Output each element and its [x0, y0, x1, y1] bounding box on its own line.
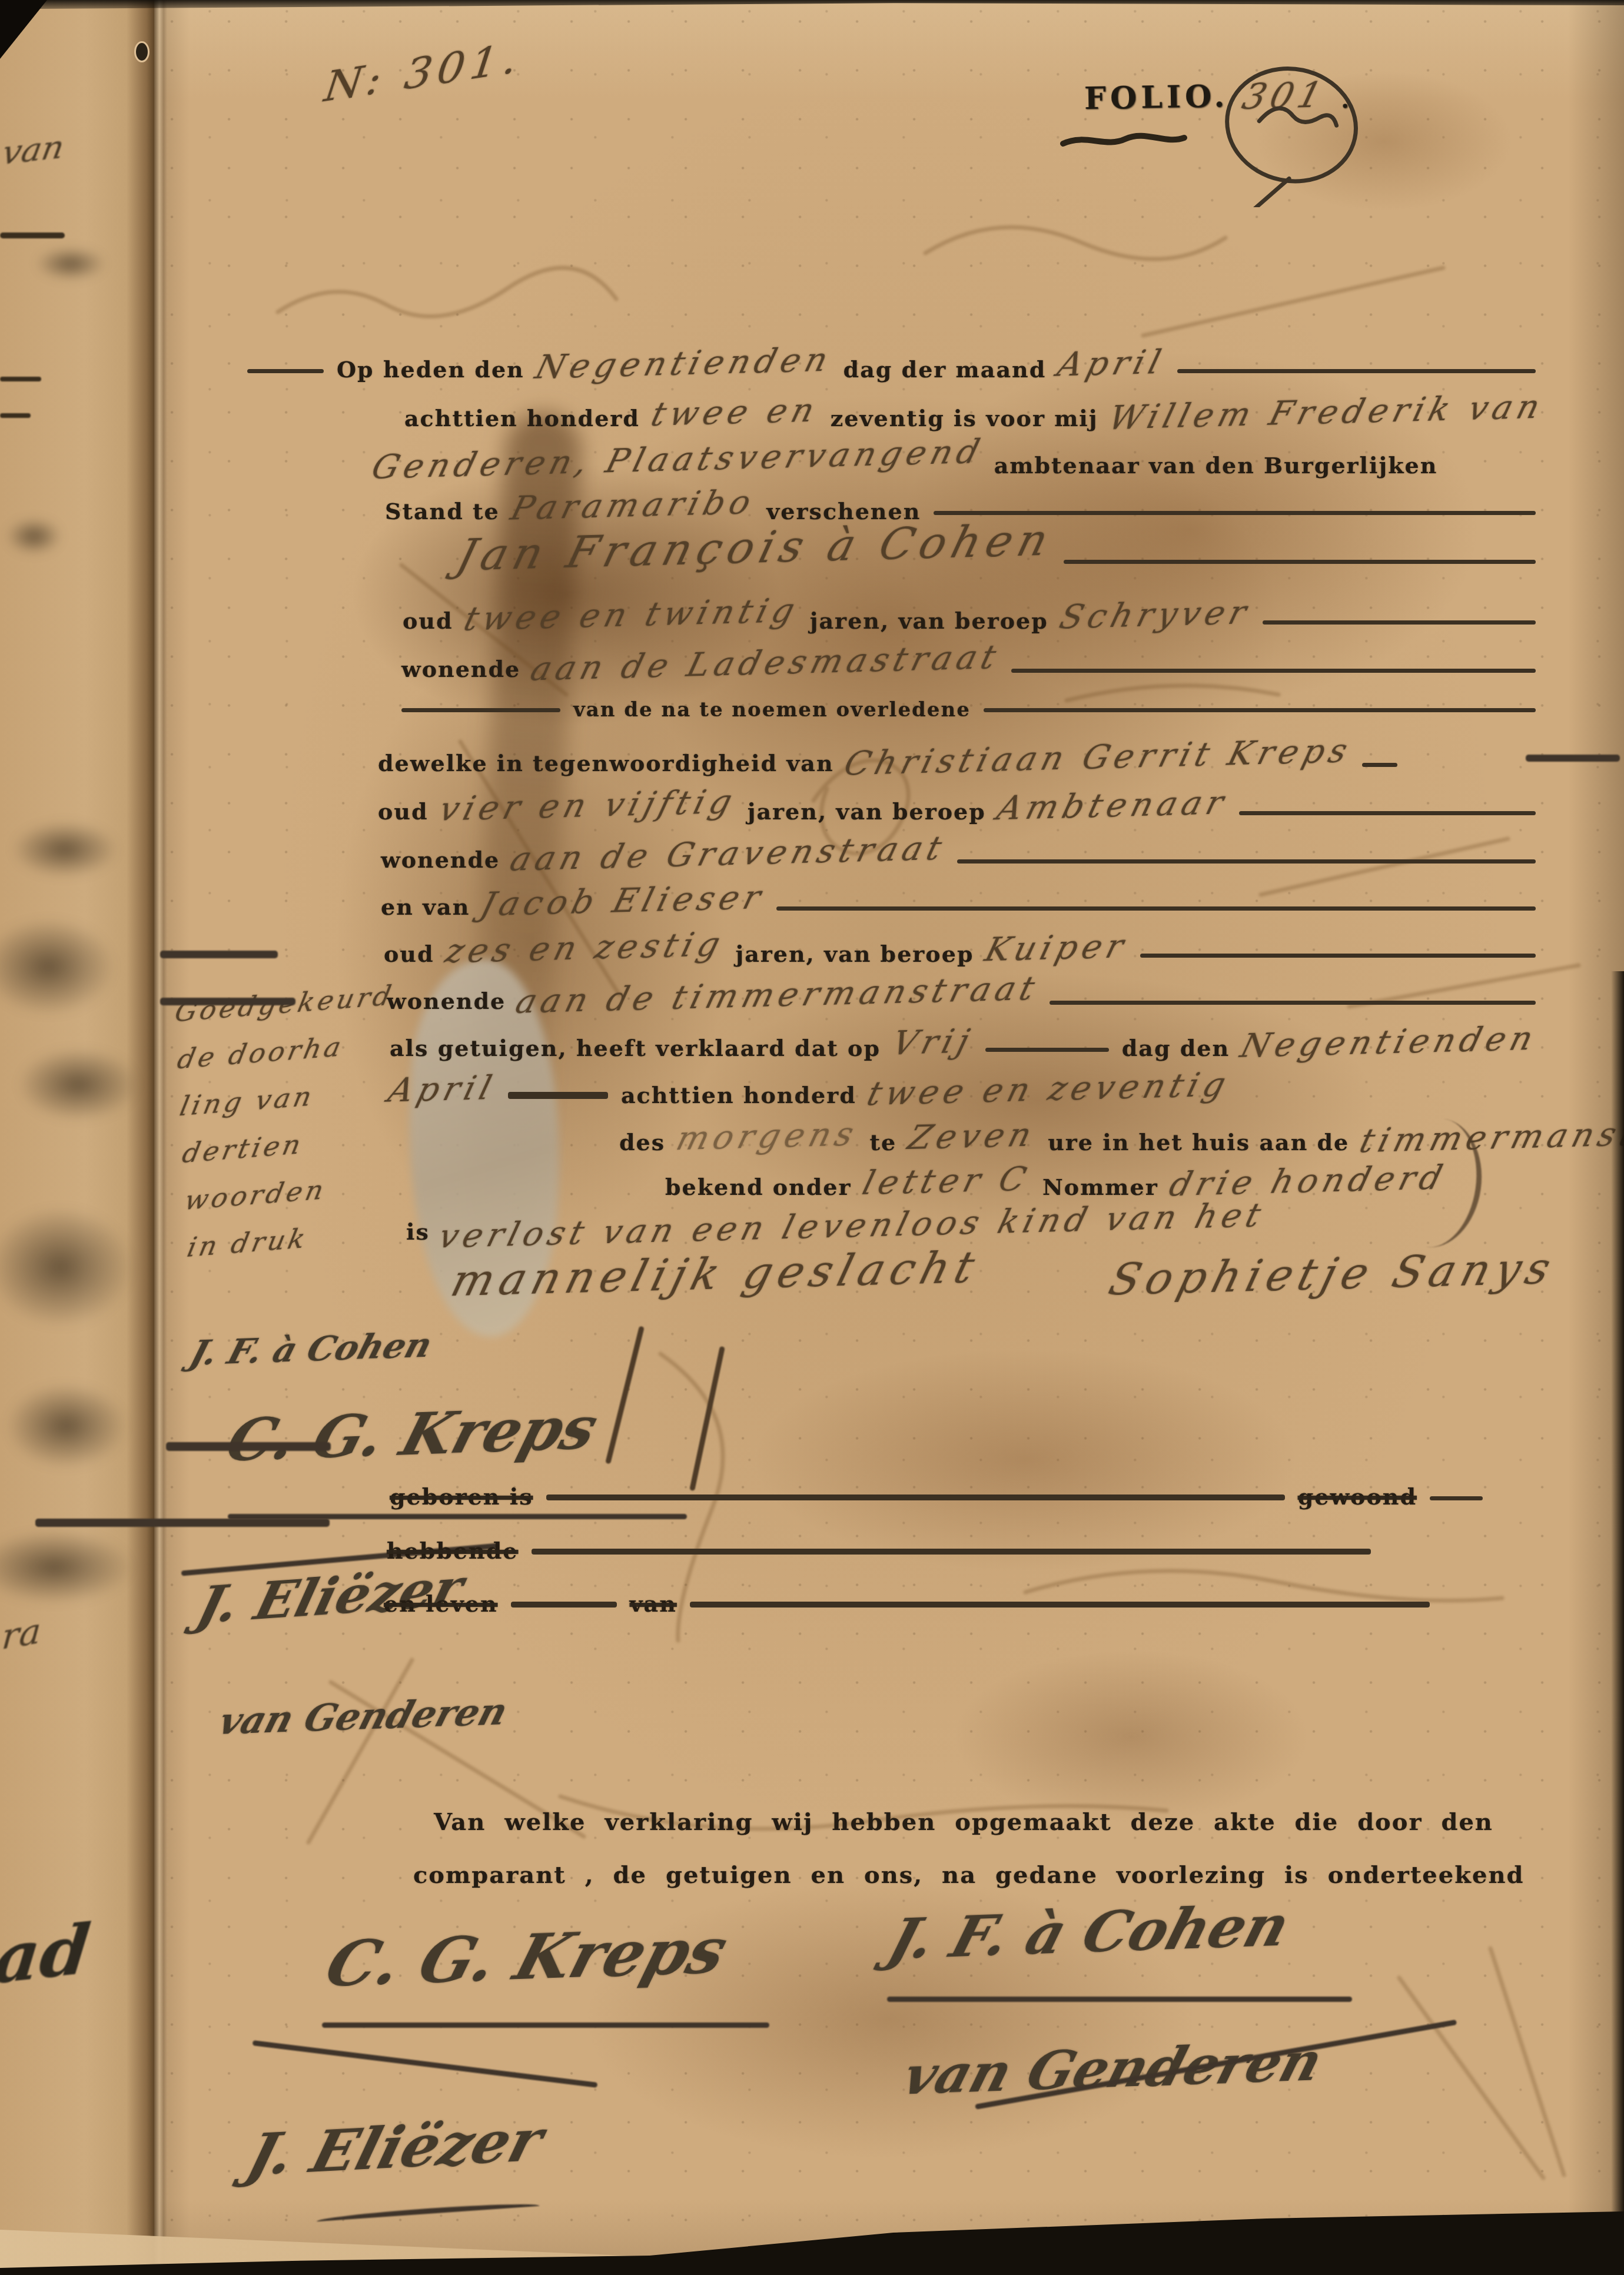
ink-rule [1011, 669, 1536, 673]
handwritten-entry: Negentienden [1237, 1019, 1542, 1065]
printed-text: oud [384, 941, 434, 967]
printed-text-struck: en leven [384, 1590, 498, 1617]
margin-approval-note: Goedgekeurd de doorha ling van dertien w… [175, 982, 407, 1276]
form-line: Jan François à Cohen [460, 523, 1536, 573]
printed-text: als getuigen, heeft verklaard dat op [390, 1035, 881, 1061]
ink-rule [984, 708, 1536, 712]
edge-text-fragment: van [0, 128, 67, 172]
form-line: mannelijk geslacht Sophietje Sanys [454, 1249, 1553, 1300]
ink-blot [6, 518, 62, 554]
margin-note-line: in druk [184, 1214, 409, 1264]
ink-rule [1177, 369, 1536, 373]
ink-rule [508, 1092, 608, 1099]
ink-rule [957, 859, 1536, 863]
form-line: oud zes en zestig jaren, van beroep Kuip… [384, 929, 1536, 967]
handwritten-entry: Kuiper [981, 927, 1133, 969]
form-line: oud twee en twintig jaren, van beroep Sc… [403, 596, 1536, 634]
ink-rule [1430, 1496, 1483, 1500]
ink-rule [1362, 763, 1397, 767]
form-line: van de na te noemen overledene [401, 698, 1536, 722]
printed-text: jaren, van beroep [810, 607, 1048, 634]
registrar-paraph-icon [1211, 54, 1370, 207]
ink-rule [1140, 954, 1536, 958]
printed-text: oud [403, 607, 453, 634]
handwritten-entry: twee en zeventig [863, 1065, 1234, 1113]
printed-text: jaren, van beroep [748, 798, 986, 825]
printed-text: jaren, van beroep [735, 941, 974, 967]
handwritten-entry: Zeven [904, 1115, 1040, 1157]
printed-text: wonende [401, 656, 520, 682]
struck-form-line: geboren is gewoond [390, 1483, 1483, 1510]
handwritten-entry: Paramaribo [507, 483, 759, 528]
ink-rule [401, 708, 560, 712]
form-line: des morgens te Zeven ure in het huis aan… [619, 1117, 1536, 1155]
form-line: als getuigen, heeft verklaard dat op Vri… [390, 1023, 1536, 1061]
handwritten-entry: aan de Ladesmastraat [527, 638, 1005, 689]
edge-text-fragment: ad [0, 1908, 94, 2000]
printed-text: van de na te noemen overledene [573, 698, 971, 722]
handwritten-witness-name: Jacob Elieser [477, 878, 769, 924]
ink-rule [690, 1602, 1430, 1608]
printed-text: achttien honderd [621, 1082, 856, 1108]
handwritten-entry: zes en zestig [441, 925, 728, 971]
handwritten-entry: Genderen, Plaatsvervangend [368, 433, 988, 487]
printed-text-struck: hebbende [387, 1537, 519, 1564]
ink-smear [35, 1519, 330, 1527]
signature-underline [887, 1997, 1352, 2002]
closing-statement-line: Van welke verklaring wij hebben opgemaak… [434, 1808, 1493, 1836]
handwritten-entry: twee en [647, 391, 823, 433]
handwritten-witness-name: Christiaan Gerrit Kreps [840, 732, 1356, 783]
margin-note-line: dertien [180, 1120, 404, 1170]
margin-note-line: de doorha [175, 1026, 400, 1075]
ink-rule [546, 1494, 1285, 1500]
form-line: bekend onder letter C Nommer drie honder… [665, 1162, 1430, 1200]
handwritten-entry: Schryver [1055, 593, 1255, 636]
divider-flourish [1060, 131, 1189, 154]
form-line: Op heden den Negentienden dag der maand … [247, 344, 1536, 383]
handwritten-entry: vier en vijftig [435, 782, 740, 828]
signature-kreps-bottom: C. G. Kreps [318, 1913, 735, 2000]
paper-hole [134, 41, 150, 62]
ink-smear [166, 1442, 331, 1451]
printed-text: dewelke in tegenwoordigheid van [378, 750, 834, 776]
handwritten-entry: Negentienden [531, 340, 836, 386]
form-line: is verlost van een levenloos kind van he… [406, 1207, 1495, 1245]
ink-smear [160, 951, 278, 958]
form-line: wonende aan de Ladesmastraat [401, 644, 1536, 682]
ink-blot [0, 918, 115, 1015]
handwritten-entry: letter C [859, 1160, 1035, 1202]
printed-text: dag den [1122, 1035, 1230, 1061]
ink-smear [0, 377, 41, 381]
ink-smear [0, 413, 31, 418]
handwritten-entry: Vrij [888, 1022, 978, 1062]
form-line: wonende aan de Gravenstraat [381, 835, 1536, 873]
ink-rule [934, 511, 1536, 515]
ink-blot [0, 1207, 132, 1327]
printed-text: oud [378, 798, 429, 825]
ink-rule [1239, 811, 1536, 815]
handwritten-entry: Willem Frederik van [1104, 387, 1548, 437]
ink-rule [511, 1602, 617, 1608]
printed-text: Op heden den [337, 356, 524, 383]
ink-blot [18, 1048, 138, 1121]
previous-page-edge: van ra ad [0, 0, 154, 2275]
handwritten-entry: aan de timmermanstraat [512, 969, 1044, 1021]
handwritten-entry: Ambtenaar [993, 783, 1232, 828]
form-line: oud vier en vijftig jaren, van beroep Am… [378, 786, 1536, 825]
handwritten-entry: aan de Gravenstraat [506, 829, 951, 878]
scanned-register-page: van ra ad [0, 0, 1624, 2275]
edge-text-fragment: ra [1, 1611, 42, 1658]
handwritten-entry: mannelijk geslacht [446, 1242, 986, 1306]
handwritten-declarant-name: Jan François à Cohen [451, 515, 1059, 581]
folio-stamp: FOLIO. [1084, 78, 1228, 117]
ink-blot [6, 1383, 127, 1469]
printed-text: Nommer [1042, 1174, 1158, 1200]
struck-form-line: en leven van [384, 1590, 1430, 1617]
printed-text: ure in het huis aan de [1048, 1129, 1349, 1155]
margin-note-line: ling van [177, 1073, 402, 1122]
ink-rule [985, 1048, 1108, 1052]
ink-blot [0, 1530, 132, 1604]
printed-text: zeventig is voor mij [831, 405, 1098, 431]
form-line: wonende aan de timmermanstraat [387, 976, 1536, 1014]
printed-text: achttien honderd [404, 405, 640, 431]
handwritten-entry: twee en twintig [460, 592, 803, 639]
ink-rule [776, 906, 1536, 911]
struck-form-line: hebbende [387, 1537, 1371, 1564]
register-act-page: N: 301. FOLIO. 301 . Op heden den Negent… [154, 0, 1624, 2275]
handwritten-entry: April [1054, 343, 1170, 384]
printed-text: wonende [387, 988, 506, 1014]
ink-blot [35, 247, 106, 280]
printed-text: te [870, 1129, 897, 1155]
ink-blot [12, 821, 118, 878]
printed-text-struck: van [630, 1590, 677, 1617]
ink-smear [1526, 755, 1620, 762]
printed-text: dag der maand [843, 356, 1047, 383]
form-line: Genderen, Plaatsvervangend ambtenaar van… [375, 440, 1530, 479]
margin-note-line: woorden [182, 1167, 407, 1217]
printed-text: en van [381, 894, 470, 920]
handwritten-mother-name: Sophietje Sanys [1104, 1243, 1562, 1306]
printed-text-struck: geboren is [390, 1483, 533, 1510]
printed-text: bekend onder [665, 1174, 851, 1200]
ink-smear [0, 233, 65, 238]
signature-underline [322, 2022, 769, 2028]
signature-kreps-margin: C. G. Kreps [219, 1394, 605, 1474]
handwritten-entry: April [384, 1069, 500, 1110]
printed-text: is [406, 1218, 430, 1245]
ink-smear [160, 998, 295, 1005]
ink-rule [532, 1549, 1371, 1555]
ink-rule [1263, 620, 1536, 625]
form-line: April achttien honderd twee en zeventig [390, 1070, 1471, 1108]
printed-text: des [619, 1129, 665, 1155]
handwritten-entry: morgens [673, 1115, 862, 1158]
closing-statement-line: comparant , de getuigen en ons, na gedan… [413, 1861, 1524, 1889]
ink-rule [1064, 560, 1536, 564]
ink-rule [1050, 1001, 1536, 1005]
printed-text: Stand te [385, 498, 500, 524]
printed-text-struck: gewoond [1298, 1483, 1417, 1510]
handwritten-entry: timmermanstraat [1356, 1112, 1624, 1160]
form-line: en van Jacob Elieser [381, 882, 1536, 920]
ink-rule [247, 369, 324, 373]
page-edge-shadow [1611, 971, 1624, 2275]
form-line: dewelke in tegenwoordigheid van Christia… [378, 738, 1553, 776]
printed-text: wonende [381, 846, 500, 873]
form-line: achttien honderd twee en zeventig is voo… [404, 393, 1536, 431]
printed-text: ambtenaar van den Burgerlijken [994, 452, 1438, 479]
